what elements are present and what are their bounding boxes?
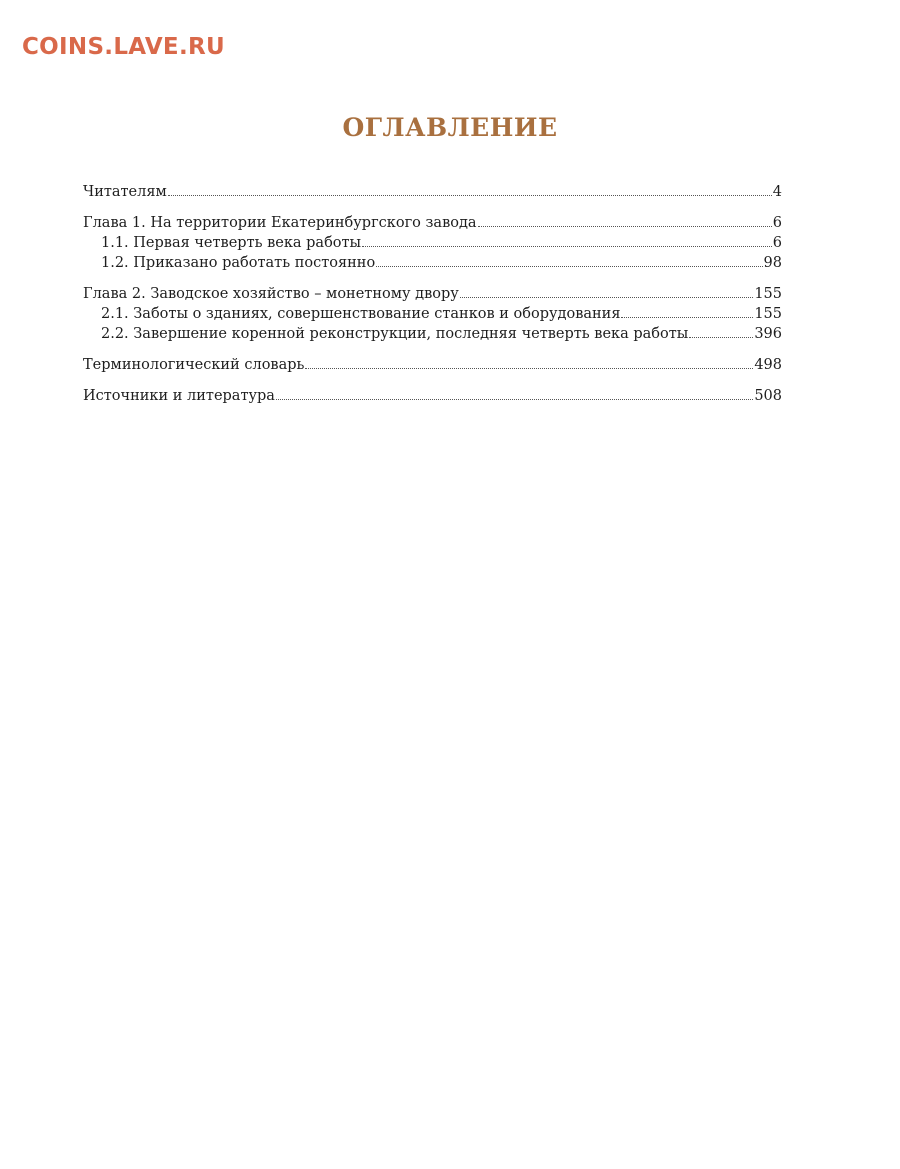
toc-entry-glossary[interactable]: Терминологический словарь 498 <box>83 355 782 375</box>
toc-entry-section-2-1[interactable]: 2.1. Заботы о зданиях, совершенствование… <box>83 304 782 324</box>
toc-entry-label: Глава 1. На территории Екатеринбургского… <box>83 213 477 233</box>
toc-entry-page: 155 <box>754 304 782 324</box>
toc-entry-label: Глава 2. Заводское хозяйство – монетному… <box>83 284 459 304</box>
dot-leader <box>621 317 753 318</box>
toc-entry-label: Терминологический словарь <box>83 355 304 375</box>
toc-entry-chapter-1[interactable]: Глава 1. На территории Екатеринбургского… <box>83 213 782 233</box>
dot-leader <box>689 337 753 338</box>
toc-entry-section-2-2[interactable]: 2.2. Завершение коренной реконструкции, … <box>83 324 782 344</box>
dot-leader <box>276 399 753 400</box>
toc-entry-label: Источники и литература <box>83 386 275 406</box>
toc-entry-page: 6 <box>773 213 782 233</box>
toc-entry-label: 2.2. Завершение коренной реконструкции, … <box>101 324 688 344</box>
toc-entry-label: Читателям <box>83 182 167 202</box>
toc-entry-readers[interactable]: Читателям 4 <box>83 182 782 202</box>
dot-leader <box>362 246 772 247</box>
toc-entry-page: 6 <box>773 233 782 253</box>
watermark: COINS.LAVE.RU <box>22 34 225 60</box>
toc-entry-page: 498 <box>754 355 782 375</box>
toc-entry-section-1-1[interactable]: 1.1. Первая четверть века работы 6 <box>83 233 782 253</box>
toc-entry-page: 98 <box>764 253 782 273</box>
page-title: ОГЛАВЛЕНИЕ <box>0 113 900 142</box>
toc-entry-page: 4 <box>773 182 782 202</box>
dot-leader <box>460 297 754 298</box>
dot-leader <box>478 226 772 227</box>
toc-entry-label: 2.1. Заботы о зданиях, совершенствование… <box>101 304 620 324</box>
toc-entry-page: 396 <box>754 324 782 344</box>
toc-entry-label: 1.2. Приказано работать постоянно <box>101 253 375 273</box>
toc-entry-section-1-2[interactable]: 1.2. Приказано работать постоянно 98 <box>83 253 782 273</box>
toc-entry-chapter-2[interactable]: Глава 2. Заводское хозяйство – монетному… <box>83 284 782 304</box>
table-of-contents: Читателям 4 Глава 1. На территории Екате… <box>83 182 782 406</box>
toc-entry-page: 155 <box>754 284 782 304</box>
toc-entry-page: 508 <box>754 386 782 406</box>
toc-entry-label: 1.1. Первая четверть века работы <box>101 233 361 253</box>
toc-entry-sources[interactable]: Источники и литература 508 <box>83 386 782 406</box>
dot-leader <box>376 266 762 267</box>
dot-leader <box>305 368 753 369</box>
dot-leader <box>168 195 772 196</box>
